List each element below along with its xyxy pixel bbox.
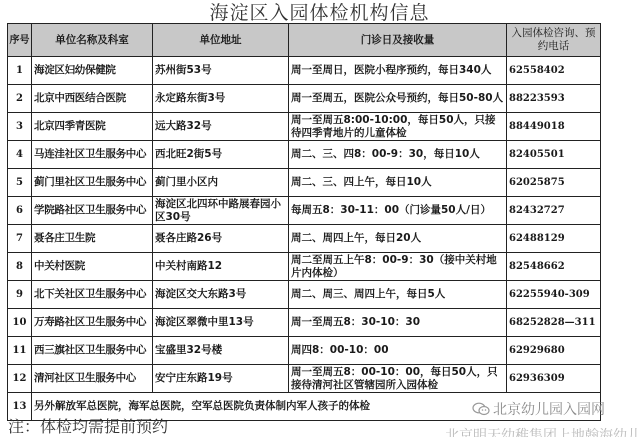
row-hours: 周一至周五8：00-10：00，每日50人，只接待清河社区管辖园所入园体检	[289, 365, 507, 393]
header-name: 单位名称及科室	[32, 24, 153, 57]
row-num: 1	[8, 57, 32, 85]
row-hours: 周二、三、四上午，每日10人	[289, 169, 507, 197]
table-row: 6 学院路社区卫生服务中心 海淀区北四环中路展春园小区30号 每周五8：30-1…	[8, 197, 601, 225]
row-address: 安宁庄东路19号	[153, 365, 289, 393]
row-address: 海淀区翠微中里13号	[153, 309, 289, 337]
table-row: 11 西三旗社区卫生服务中心 宝盛里32号楼 周四8：00-10：00 6292…	[8, 337, 601, 365]
row-name: 海淀区妇幼保健院	[32, 57, 153, 85]
table-row: 3 北京四季青医院 远大路32号 周一至周五8:00-10:00，每日50人，只…	[8, 113, 601, 141]
row-hours: 周二、周三、周四上午，每日5人	[289, 281, 507, 309]
watermark: 北京幼儿园入园网	[472, 402, 605, 418]
table-row: 5 蓟门里社区卫生服务中心 蓟门里小区内 周二、三、四上午，每日10人 6202…	[8, 169, 601, 197]
header-num: 序号	[8, 24, 32, 57]
watermark-secondary: 北京明天幼稚集团上地翰海幼儿园	[445, 428, 639, 437]
row-address: 苏州街53号	[153, 57, 289, 85]
row-num: 4	[8, 141, 32, 169]
row-name: 学院路社区卫生服务中心	[32, 197, 153, 225]
row-num: 8	[8, 253, 32, 281]
row-address: 海淀区交大东路3号	[153, 281, 289, 309]
row-address: 宝盛里32号楼	[153, 337, 289, 365]
row-num: 6	[8, 197, 32, 225]
row-num: 3	[8, 113, 32, 141]
row-name: 清河社区卫生服务中心	[32, 365, 153, 393]
row-phone: 82432727	[507, 197, 601, 225]
row-phone: 88223593	[507, 85, 601, 113]
row-phone: 88449018	[507, 113, 601, 141]
row-hours: 周四8：00-10：00	[289, 337, 507, 365]
row-name: 中关村医院	[32, 253, 153, 281]
row-phone: 82548662	[507, 253, 601, 281]
row-phone: 62488129	[507, 225, 601, 253]
table-row: 7 聂各庄卫生院 聂各庄路26号 周二、周四上午，每日20人 62488129	[8, 225, 601, 253]
row-address: 远大路32号	[153, 113, 289, 141]
row-hours: 周一至周五，医院公众号预约，每日50-80人	[289, 85, 507, 113]
row-address: 海淀区北四环中路展春园小区30号	[153, 197, 289, 225]
row-num: 11	[8, 337, 32, 365]
header-phone: 入园体检咨询、预约电话	[507, 24, 601, 57]
row-name: 蓟门里社区卫生服务中心	[32, 169, 153, 197]
footnote: 注：体检均需提前预约	[8, 417, 168, 437]
table-row: 8 中关村医院 中关村南路12 周二至周五上午8：00-9：30（接中关村地片内…	[8, 253, 601, 281]
row-num: 5	[8, 169, 32, 197]
row-address: 永定路东街3号	[153, 85, 289, 113]
row-phone: 62255940-309	[507, 281, 601, 309]
row-num: 7	[8, 225, 32, 253]
table-header-row: 序号 单位名称及科室 单位地址 门诊日及接收量 入园体检咨询、预约电话	[8, 24, 601, 57]
page-title: 海淀区入园体检机构信息	[0, 2, 639, 24]
row-name: 万寿路社区卫生服务中心	[32, 309, 153, 337]
table-row: 10 万寿路社区卫生服务中心 海淀区翠微中里13号 周一至周五8：30-10：3…	[8, 309, 601, 337]
row-hours: 周二、周四上午，每日20人	[289, 225, 507, 253]
table-row: 2 北京中西医结合医院 永定路东街3号 周一至周五，医院公众号预约，每日50-8…	[8, 85, 601, 113]
row-name: 北下关社区卫生服务中心	[32, 281, 153, 309]
row-phone: 68252828—311	[507, 309, 601, 337]
row-hours: 周二至周五上午8：00-9：30（接中关村地片内体检）	[289, 253, 507, 281]
table-row: 4 马连洼社区卫生服务中心 西北旺2街5号 周二、三、四8：00-9：30，每日…	[8, 141, 601, 169]
row-name: 北京中西医结合医院	[32, 85, 153, 113]
row-hours: 每周五8：30-11：00（门诊量50人/日）	[289, 197, 507, 225]
row-address: 蓟门里小区内	[153, 169, 289, 197]
row-num: 12	[8, 365, 32, 393]
watermark-text: 北京幼儿园入园网	[493, 402, 605, 418]
table-row: 12 清河社区卫生服务中心 安宁庄东路19号 周一至周五8：00-10：00，每…	[8, 365, 601, 393]
row-hours: 周一至周五8:00-10:00，每日50人，只接待四季青地片的儿童体检	[289, 113, 507, 141]
row-address: 聂各庄路26号	[153, 225, 289, 253]
row-phone: 82405501	[507, 141, 601, 169]
row-hours: 周二、三、四8：00-9：30，每日10人	[289, 141, 507, 169]
row-name: 北京四季青医院	[32, 113, 153, 141]
row-num: 2	[8, 85, 32, 113]
row-address: 中关村南路12	[153, 253, 289, 281]
row-num: 10	[8, 309, 32, 337]
row-address: 西北旺2街5号	[153, 141, 289, 169]
row-hours: 周一至周五8：30-10：30	[289, 309, 507, 337]
row-num: 9	[8, 281, 32, 309]
row-name: 聂各庄卫生院	[32, 225, 153, 253]
header-address: 单位地址	[153, 24, 289, 57]
table-row: 1 海淀区妇幼保健院 苏州街53号 周一至周日，医院小程序预约，每日340人 6…	[8, 57, 601, 85]
row-phone: 62936309	[507, 365, 601, 393]
row-phone: 62025875	[507, 169, 601, 197]
row-hours: 周一至周日，医院小程序预约，每日340人	[289, 57, 507, 85]
row-name: 马连洼社区卫生服务中心	[32, 141, 153, 169]
wechat-icon	[472, 402, 490, 416]
header-hours: 门诊日及接收量	[289, 24, 507, 57]
row-phone: 62558402	[507, 57, 601, 85]
row-name: 西三旗社区卫生服务中心	[32, 337, 153, 365]
row-phone: 62929680	[507, 337, 601, 365]
institution-table: 序号 单位名称及科室 单位地址 门诊日及接收量 入园体检咨询、预约电话 1 海淀…	[7, 23, 601, 421]
table-row: 9 北下关社区卫生服务中心 海淀区交大东路3号 周二、周三、周四上午，每日5人 …	[8, 281, 601, 309]
